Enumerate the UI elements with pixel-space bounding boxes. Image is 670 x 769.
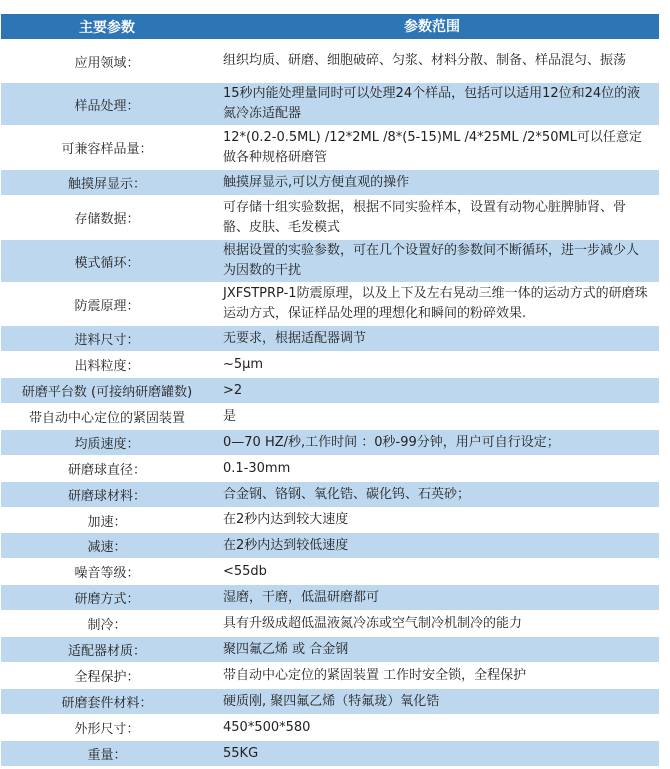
- row-key: 外形尺寸：: [1, 718, 213, 737]
- row-key: 进料尺寸：: [1, 329, 213, 348]
- row-key: 出料粒度：: [1, 355, 213, 374]
- table-row: 模式循环： 根据设置的实验参数，可在几个设置好的参数间不断循环，进一步减少人为因…: [1, 240, 659, 283]
- row-key: 带自动中心定位的紧固装置: [1, 407, 213, 426]
- table-row: 加速： 在2秒内达到较大速度: [1, 508, 659, 533]
- table-row: 减速： 在2秒内达到较低速度: [1, 533, 659, 559]
- row-value: 15秒内能处理量同时可以处理24个样品，包括可以适用12位和24位的液氮冷冻适配…: [213, 84, 659, 124]
- row-key: 加速：: [1, 511, 213, 530]
- row-value: 具有升级成超低温液氮冷冻或空气制冷机制冷的能力: [213, 614, 659, 634]
- row-value: JXFSTPRP-1防震原理，以及上下及左右晃动三维一体的运动方式的研磨珠运动方…: [213, 284, 659, 324]
- row-value: 无要求，根据适配器调节: [213, 329, 659, 349]
- table-row: 触摸屏显示： 触摸屏显示,可以方便直观的操作: [1, 170, 659, 196]
- row-value: 聚四氟乙烯 或 合金钢: [213, 640, 659, 660]
- table-row: 带自动中心定位的紧固装置 是: [1, 404, 659, 430]
- header-key: 主要参数: [1, 17, 213, 37]
- row-value: 0—70 HZ/秒,工作时间 ：0秒-99分钟，用户可自行设定；: [213, 433, 659, 453]
- row-key: 应用领域：: [1, 52, 213, 71]
- table-row: 噪音等级： <55db: [1, 559, 659, 585]
- row-value: 组织均质、研磨、细胞破碎、匀浆、材料分散、制备、样品混匀、振荡: [213, 51, 659, 71]
- row-key: 全程保护：: [1, 666, 213, 685]
- table-row: 重量： 55KG: [1, 741, 659, 767]
- row-value: 触摸屏显示,可以方便直观的操作: [213, 173, 659, 193]
- row-key: 重量：: [1, 744, 213, 763]
- row-key: 适配器材质：: [1, 640, 213, 659]
- row-key: 噪音等级：: [1, 562, 213, 581]
- row-value: 带自动中心定位的紧固装置 工作时安全锁，全程保护: [213, 666, 659, 686]
- row-key: 样品处理：: [1, 95, 213, 114]
- row-key: 研磨平台数 (可接纳研磨罐数): [1, 381, 213, 400]
- table-row: 研磨平台数 (可接纳研磨罐数) >2: [1, 378, 659, 404]
- table-row: 全程保护： 带自动中心定位的紧固装置 工作时安全锁，全程保护: [1, 663, 659, 689]
- table-row: 样品处理： 15秒内能处理量同时可以处理24个样品，包括可以适用12位和24位的…: [1, 83, 659, 126]
- row-key: 触摸屏显示：: [1, 173, 213, 192]
- header-value: 参数范围: [213, 17, 659, 37]
- table-row: 可兼容样品量： 12*(0.2-0.5ML) /12*2ML /8*(5-15)…: [1, 126, 659, 170]
- table-row: 适配器材质： 聚四氟乙烯 或 合金钢: [1, 637, 659, 663]
- spec-table: 主要参数 参数范围 应用领域： 组织均质、研磨、细胞破碎、匀浆、材料分散、制备、…: [1, 14, 659, 767]
- table-row: 外形尺寸： 450*500*580: [1, 715, 659, 741]
- table-row: 存储数据： 可存储十组实验数据，根据不同实验样本，设置有动物心脏脾肺肾、骨骼、皮…: [1, 196, 659, 240]
- table-row: 出料粒度： ~5μm: [1, 352, 659, 378]
- table-row: 均质速度： 0—70 HZ/秒,工作时间 ：0秒-99分钟，用户可自行设定；: [1, 430, 659, 456]
- row-value: 0.1-30mm: [213, 459, 659, 479]
- row-key: 模式循环：: [1, 252, 213, 271]
- table-row: 应用领域： 组织均质、研磨、细胞破碎、匀浆、材料分散、制备、样品混匀、振荡: [1, 40, 659, 83]
- table-row: 进料尺寸： 无要求，根据适配器调节: [1, 326, 659, 352]
- row-value: ~5μm: [213, 355, 659, 375]
- table-row: 研磨球直径： 0.1-30mm: [1, 456, 659, 482]
- row-value: 450*500*580: [213, 718, 659, 738]
- row-value: 12*(0.2-0.5ML) /12*2ML /8*(5-15)ML /4*25…: [213, 128, 659, 168]
- table-header: 主要参数 参数范围: [1, 14, 659, 40]
- row-value: 硬质刚, 聚四氟乙烯（特氟珑）氧化锆: [213, 692, 659, 712]
- row-key: 研磨套件材料：: [1, 692, 213, 711]
- row-value: 55KG: [213, 744, 659, 764]
- row-key: 研磨球直径：: [1, 459, 213, 478]
- row-value: 湿磨，干磨，低温研磨都可: [213, 588, 659, 608]
- row-value: <55db: [213, 562, 659, 582]
- row-value: >2: [213, 381, 659, 401]
- row-value: 根据设置的实验参数，可在几个设置好的参数间不断循环，进一步减少人为因数的干扰: [213, 241, 659, 281]
- row-key: 研磨球材料：: [1, 485, 213, 504]
- table-row: 研磨方式： 湿磨，干磨，低温研磨都可: [1, 585, 659, 611]
- row-key: 均质速度：: [1, 433, 213, 452]
- table-row: 研磨套件材料： 硬质刚, 聚四氟乙烯（特氟珑）氧化锆: [1, 689, 659, 715]
- row-key: 防震原理：: [1, 295, 213, 314]
- row-value: 在2秒内达到较大速度: [213, 510, 659, 530]
- row-key: 研磨方式：: [1, 588, 213, 607]
- row-value: 可存储十组实验数据，根据不同实验样本，设置有动物心脏脾肺肾、骨骼、皮肤、毛发模式: [213, 198, 659, 238]
- row-key: 制冷：: [1, 614, 213, 633]
- table-row: 防震原理： JXFSTPRP-1防震原理，以及上下及左右晃动三维一体的运动方式的…: [1, 283, 659, 326]
- row-value: 是: [213, 407, 659, 427]
- row-value: 合金钢、铬钢、氧化锆、碳化钨、石英砂；: [213, 485, 659, 505]
- table-row: 研磨球材料： 合金钢、铬钢、氧化锆、碳化钨、石英砂；: [1, 482, 659, 508]
- table-row: 制冷： 具有升级成超低温液氮冷冻或空气制冷机制冷的能力: [1, 611, 659, 637]
- row-value: 在2秒内达到较低速度: [213, 536, 659, 556]
- row-key: 减速：: [1, 536, 213, 555]
- row-key: 存储数据：: [1, 208, 213, 227]
- row-key: 可兼容样品量：: [1, 138, 213, 157]
